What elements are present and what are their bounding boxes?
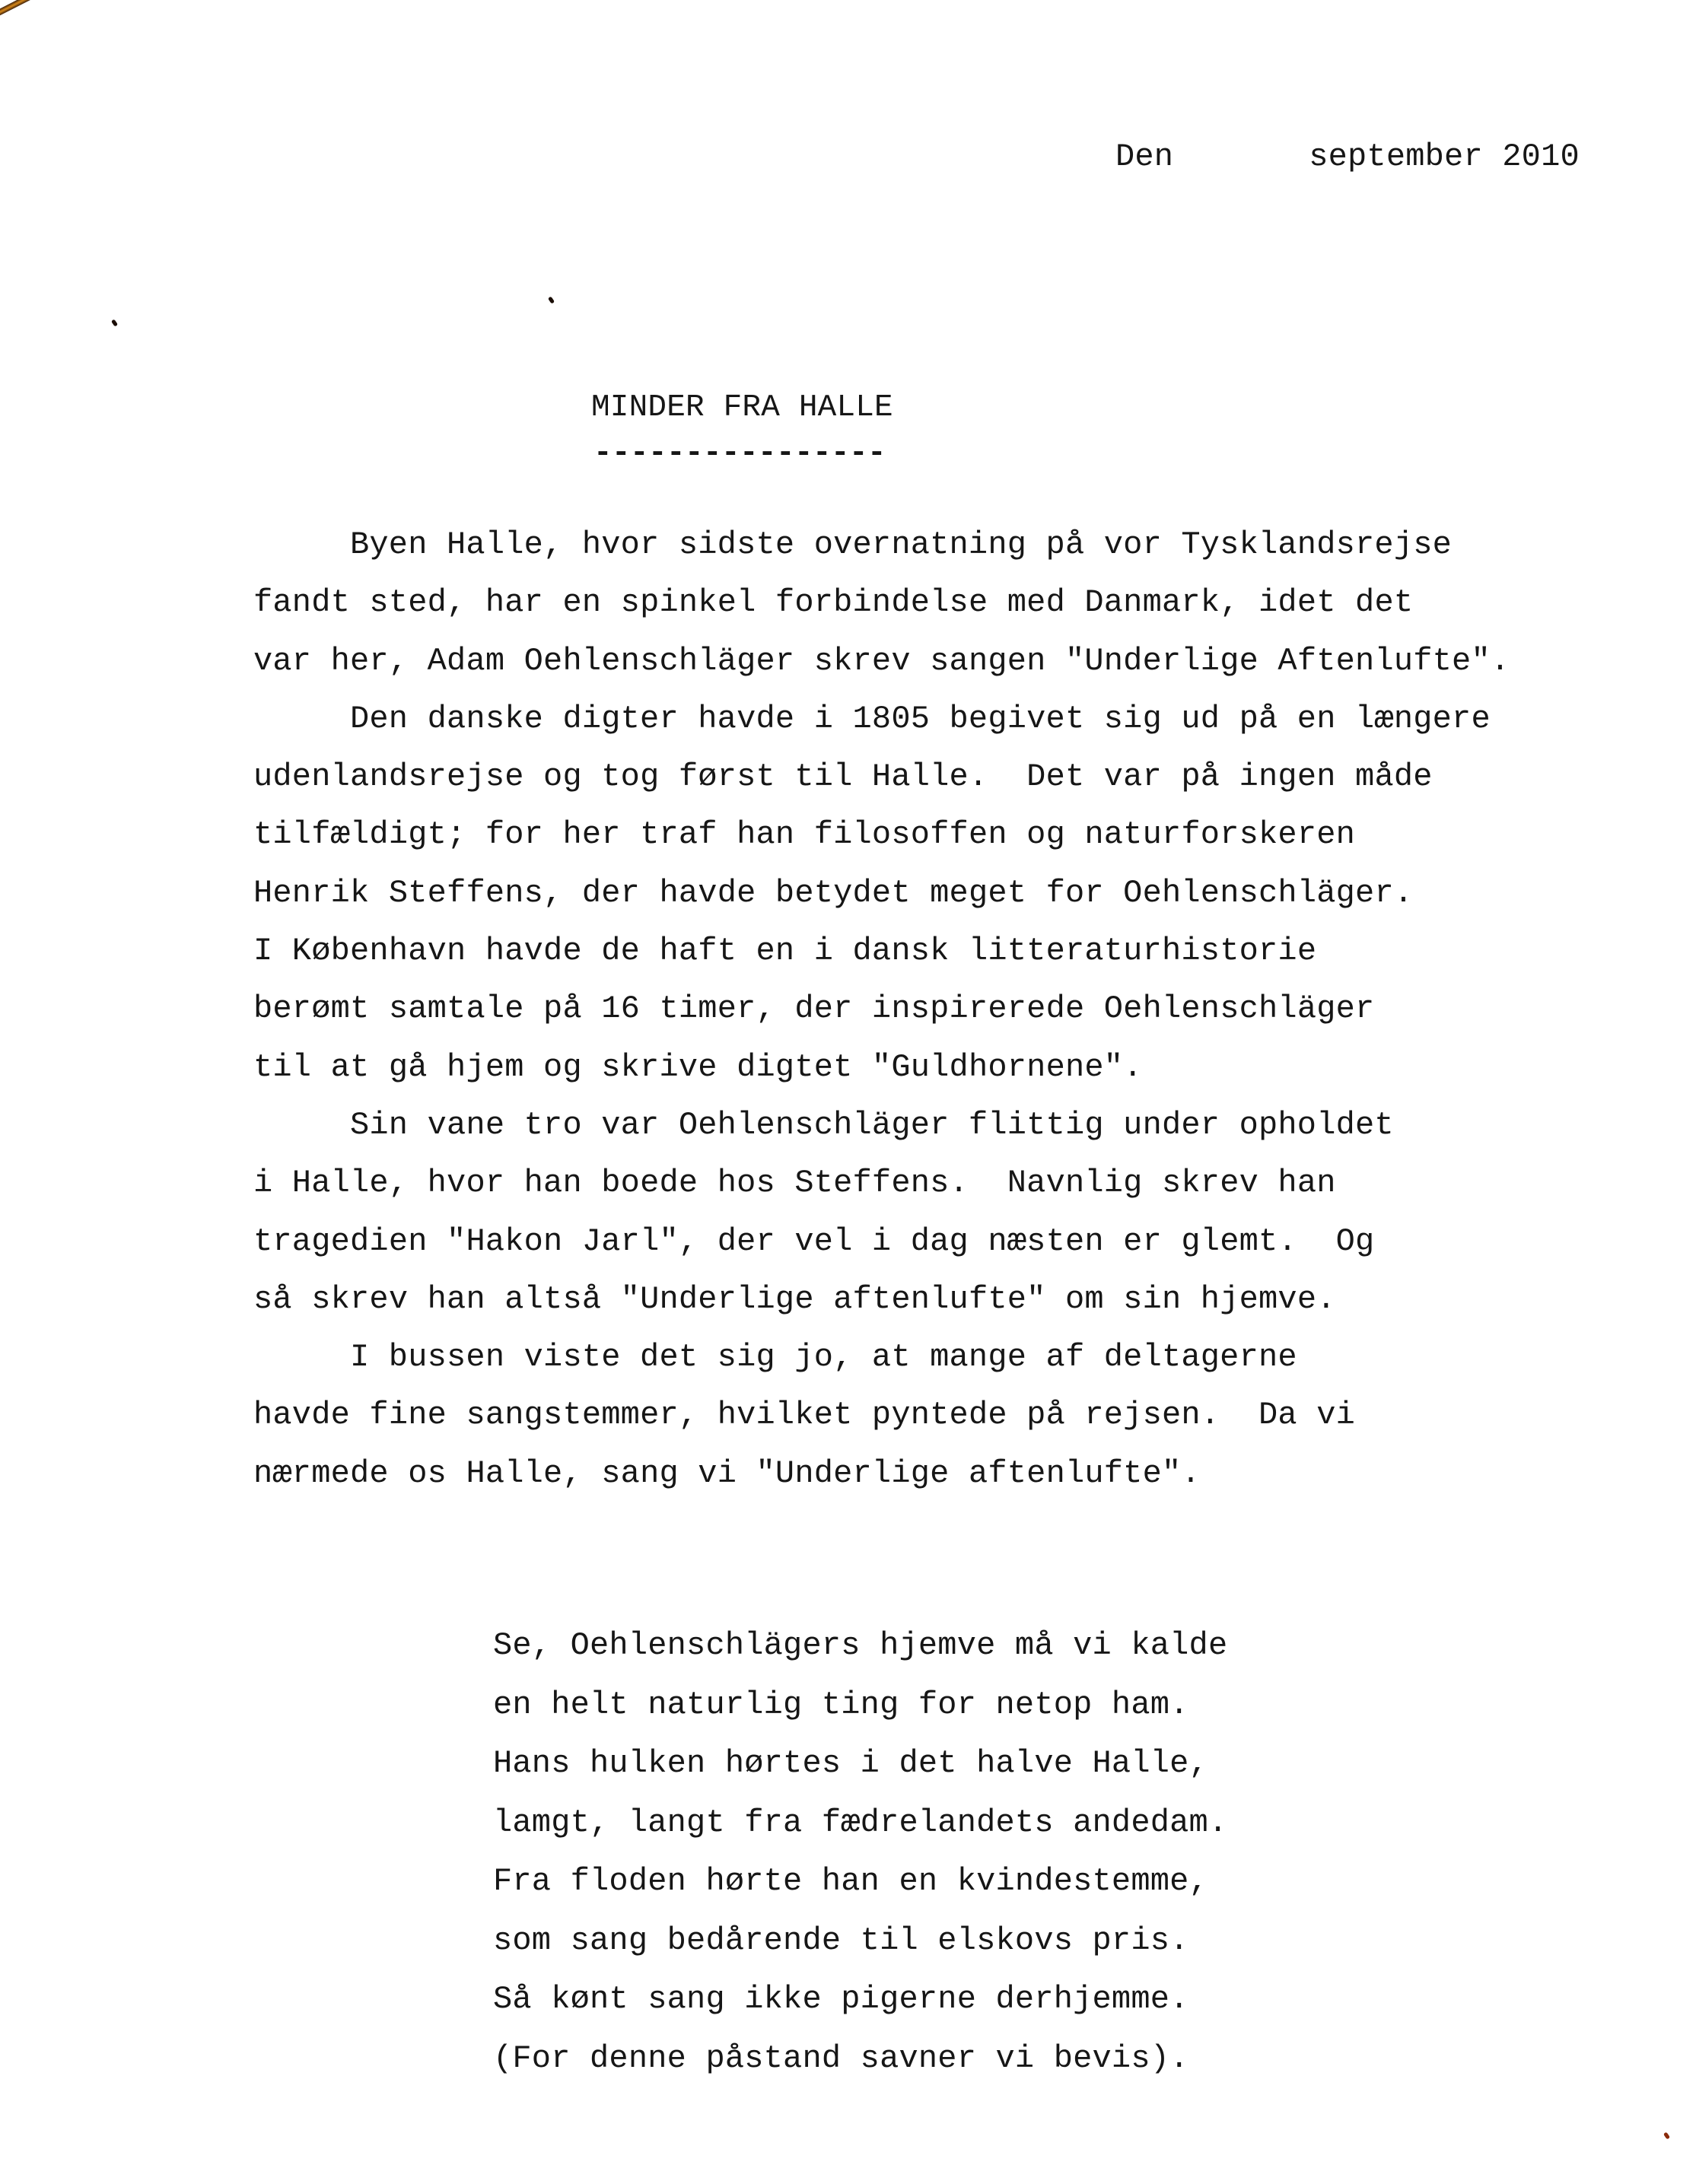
- body-line: var her, Adam Oehlenschläger skrev sange…: [253, 632, 1510, 690]
- poem-line: som sang bedårende til elskovs pris.: [493, 1912, 1227, 1971]
- body-line: havde fine sangstemmer, hvilket pyntede …: [253, 1386, 1510, 1444]
- poem: Se, Oehlenschlägers hjemve må vi kaldeen…: [493, 1617, 1227, 2088]
- body-line: I København havde de haft en i dansk lit…: [253, 922, 1510, 980]
- staple-mark: [0, 0, 75, 23]
- body-line: Henrik Steffens, der havde betydet meget…: [253, 864, 1510, 922]
- body-line: fandt sted, har en spinkel forbindelse m…: [253, 574, 1510, 631]
- poem-line: Fra floden hørte han en kvindestemme,: [493, 1852, 1227, 1912]
- body-line: til at gå hjem og skrive digtet "Guldhor…: [253, 1038, 1510, 1096]
- body-line: Byen Halle, hvor sidste overnatning på v…: [253, 516, 1510, 574]
- poem-line: Så kønt sang ikke pigerne derhjemme.: [493, 1970, 1227, 2030]
- body-line: nærmede os Halle, sang vi "Underlige aft…: [253, 1445, 1510, 1502]
- ink-speck: [548, 296, 555, 304]
- body-line: tilfældigt; for her traf han filosoffen …: [253, 806, 1510, 863]
- body-line: i Halle, hvor han boede hos Steffens. Na…: [253, 1154, 1510, 1212]
- body-line: berømt samtale på 16 timer, der inspirer…: [253, 980, 1510, 1038]
- poem-line: lamgt, langt fra fædrelandets andedam.: [493, 1794, 1227, 1853]
- date-month-year: september 2010: [1309, 138, 1580, 175]
- body-line: I bussen viste det sig jo, at mange af d…: [253, 1328, 1510, 1386]
- date-line: Denseptember 2010: [1115, 128, 1580, 186]
- body-line: Sin vane tro var Oehlenschläger flittig …: [253, 1096, 1510, 1154]
- body-line: tragedien "Hakon Jarl", der vel i dag næ…: [253, 1213, 1510, 1270]
- poem-line: en helt naturlig ting for netop ham.: [493, 1676, 1227, 1735]
- body-text: Byen Halle, hvor sidste overnatning på v…: [253, 516, 1510, 1502]
- body-line: så skrev han altså "Underlige aftenlufte…: [253, 1270, 1510, 1328]
- body-line: udenlandsrejse og tog først til Halle. D…: [253, 748, 1510, 806]
- poem-line: Hans hulken hørtes i det halve Halle,: [493, 1734, 1227, 1794]
- ink-speck: [111, 319, 118, 326]
- title-underline: ----------------: [593, 424, 886, 482]
- poem-line: (For denne påstand savner vi bevis).: [493, 2030, 1227, 2089]
- ink-speck: [1663, 2132, 1670, 2139]
- poem-line: Se, Oehlenschlägers hjemve må vi kalde: [493, 1617, 1227, 1676]
- date-prefix: Den: [1115, 138, 1173, 175]
- scanned-page: Denseptember 2010 MINDER FRA HALLE -----…: [0, 0, 1696, 2184]
- body-line: Den danske digter havde i 1805 begivet s…: [253, 690, 1510, 748]
